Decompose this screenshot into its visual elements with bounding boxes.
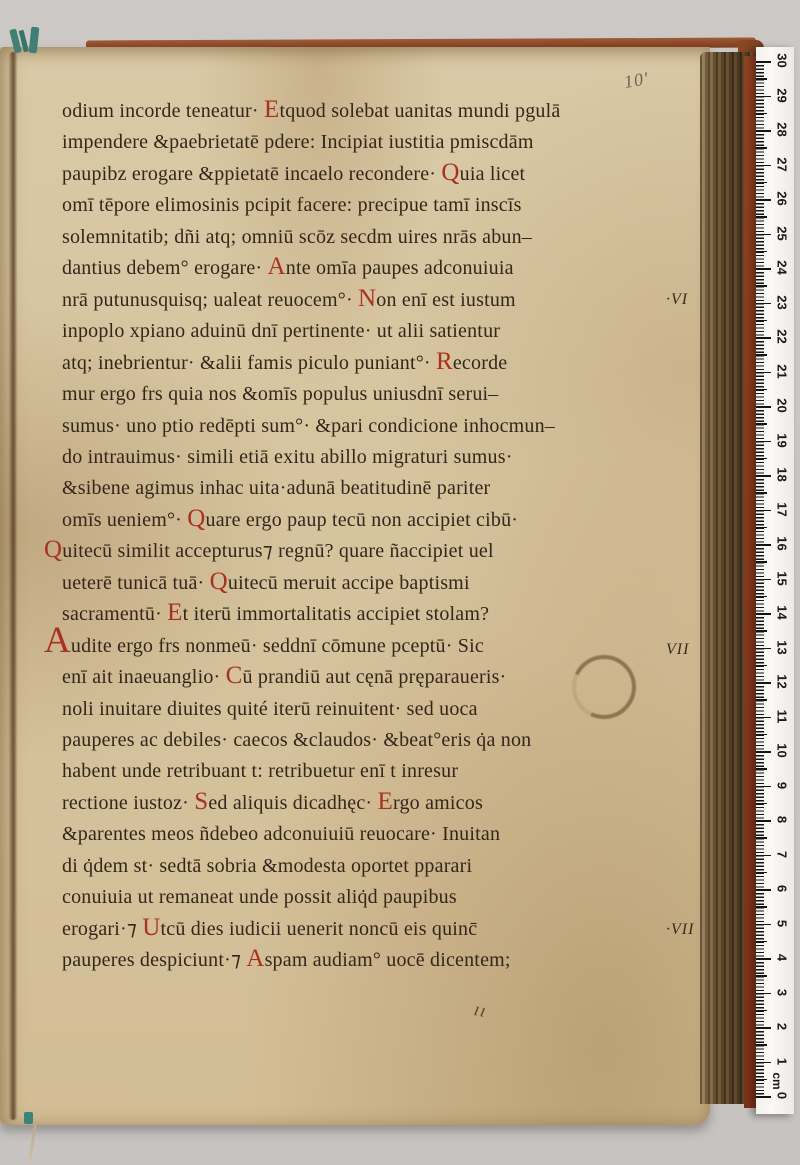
ruler-number: 11 — [775, 705, 790, 727]
rubric-initial: E — [378, 788, 393, 815]
margin-note: VII — [666, 641, 726, 659]
ruler-number: 16 — [775, 533, 790, 555]
ruler-half-cm-tick — [756, 458, 767, 459]
text-segment: uitecū meruit accipe baptismi — [228, 572, 470, 594]
text-segment: nte omīa paupes adconuiuia — [286, 257, 514, 279]
rubric-initial: R — [436, 348, 453, 375]
text-line: atq; inebrientur· &alii famis piculo pun… — [62, 348, 507, 378]
rubric-initial: A — [268, 253, 286, 280]
hanging-thread — [28, 1122, 38, 1164]
text-line: Quitecū similit accepturus⁊ regnū? quare… — [44, 536, 494, 566]
ruler-half-cm-tick — [756, 906, 767, 907]
text-segment: udite ergo frs nonmeū· seddnī cōmune pce… — [71, 635, 484, 657]
ruler-cm-tick — [756, 337, 771, 339]
ruler-number: 5 — [775, 912, 790, 934]
ruler-half-cm-tick — [756, 768, 767, 769]
text-segment: on enī est iustum — [376, 289, 516, 311]
ruler-number: 6 — [775, 878, 790, 900]
text-line: odium incorde teneatur· Etquod solebat u… — [62, 96, 560, 126]
ruler-cm-tick — [756, 1062, 771, 1064]
ruler-number: 20 — [775, 395, 790, 417]
text-segment: uare ergo paup tecū non accipiet cibū· — [206, 509, 519, 531]
ruler-half-cm-tick — [756, 527, 767, 528]
text-line: sumus· uno ptio redēpti sum°· &pari cond… — [62, 411, 555, 441]
ruler-number: 7 — [775, 843, 790, 865]
text-line: solemnitatib; dñi atq; omniū scōz secdm … — [62, 222, 532, 252]
ruler-cm-tick — [756, 855, 771, 857]
ruler-half-cm-tick — [756, 872, 767, 873]
ruler-half-cm-tick — [756, 734, 767, 735]
text-line: do intrauimus· simili etiā exitu abillo … — [62, 442, 513, 472]
ruler-half-cm-tick — [756, 630, 767, 631]
text-segment: inpoplo xpiano aduinū dnī pertinente· ut… — [62, 320, 500, 342]
text-segment: pauperes despiciunt·⁊ — [62, 949, 246, 971]
text-segment: rectione iustoz· — [62, 792, 194, 814]
text-line: pauperes despiciunt·⁊ Aspam audiam° uocē… — [62, 945, 511, 975]
ruler-cm-tick — [756, 199, 771, 201]
text-segment: solemnitatib; dñi atq; omniū scōz secdm … — [62, 226, 532, 248]
ruler-half-cm-tick — [756, 389, 767, 390]
ruler-number: 28 — [775, 119, 790, 141]
text-segment: t iterū immortalitatis accipiet stolam? — [183, 603, 490, 625]
text-line: noli inuitare diuites quité iterū reinui… — [62, 694, 478, 724]
text-line: sacramentū· Et iterū immortalitatis acci… — [62, 599, 489, 629]
rubric-initial: E — [167, 599, 182, 626]
ruler-number: 4 — [775, 947, 790, 969]
ruler-cm-tick — [756, 268, 771, 270]
text-segment: habent unde retribuant t: retribuetur en… — [62, 760, 458, 782]
ruler-cm-tick — [756, 61, 771, 63]
ruler-cm-tick — [756, 234, 771, 236]
text-segment: ed aliquis dicadhęc· — [208, 792, 377, 814]
ruler-number: 19 — [775, 429, 790, 451]
rubric-initial: S — [194, 788, 208, 815]
text-segment: nrā putunusquisq; ualeat reuocem°· — [62, 289, 358, 311]
ruler-half-cm-tick — [756, 665, 767, 666]
ruler-cm-tick — [756, 924, 771, 926]
text-segment: atq; inebrientur· &alii famis piculo pun… — [62, 352, 436, 374]
margin-note: ·VI — [666, 291, 726, 309]
text-line: mur ergo frs quia nos &omīs populus uniu… — [62, 379, 498, 409]
text-segment: pauperes ac debiles· caecos &claudos· &b… — [62, 729, 531, 751]
text-segment: spam audiam° uocē dicentem; — [265, 949, 511, 971]
ruler-number: 18 — [775, 464, 790, 486]
text-line: di q̇dem st· sedtā sobria &modesta oport… — [62, 851, 472, 881]
rubric-initial: A — [246, 945, 264, 972]
text-line: impendere &paebrietatē pdere: Incipiat i… — [62, 127, 534, 157]
ruler-half-cm-tick — [756, 1010, 767, 1011]
text-line: conuiuia ut remaneat unde possit aliq̇d … — [62, 882, 457, 912]
ruler-cm-tick — [756, 510, 771, 512]
ruler-cm-tick — [756, 958, 771, 960]
ruler-half-cm-tick — [756, 251, 767, 252]
ruler-cm-tick — [756, 1027, 771, 1029]
ruler-number: 30 — [775, 50, 790, 72]
text-segment: enī ait inaeuanglio· — [62, 666, 226, 688]
ruler-number: 3 — [775, 981, 790, 1003]
ruler-cm-tick — [756, 544, 771, 546]
ruler: 0123456789101112131415161718192021222324… — [756, 47, 794, 1114]
text-segment: paupibz erogare &ppietatē incaelo recond… — [62, 163, 441, 185]
rubric-initial: Q — [187, 505, 205, 532]
ruler-number: 26 — [775, 188, 790, 210]
ruler-half-cm-tick — [756, 113, 767, 114]
text-line: omī tēpore elimosinis pcipit facere: pre… — [62, 190, 522, 220]
ruler-cm-tick — [756, 130, 771, 132]
text-segment: &sibene agimus inhac uita·adunā beatitud… — [62, 477, 490, 499]
text-segment: rgo amicos — [393, 792, 483, 814]
text-segment: uia licet — [460, 163, 526, 185]
gutter-shadow — [9, 52, 17, 1120]
text-line: omīs ueniem°· Quare ergo paup tecū non a… — [62, 505, 518, 535]
rubric-initial: Q — [441, 159, 459, 186]
ruler-cm-tick — [756, 96, 771, 98]
ruler-cm-tick — [756, 579, 771, 581]
text-segment: conuiuia ut remaneat unde possit aliq̇d … — [62, 886, 457, 908]
ruler-number: 15 — [775, 567, 790, 589]
ruler-number: 25 — [775, 222, 790, 244]
ruler-cm-tick — [756, 372, 771, 374]
margin-note: ·VII — [666, 921, 726, 939]
ruler-number: 22 — [775, 326, 790, 348]
ruler-half-cm-tick — [756, 837, 767, 838]
text-segment: noli inuitare diuites quité iterū reinui… — [62, 698, 478, 720]
ruler-half-cm-tick — [756, 147, 767, 148]
ruler-cm-tick — [756, 613, 771, 615]
ruler-number: 8 — [775, 809, 790, 831]
ruler-number: 27 — [775, 153, 790, 175]
text-segment: impendere &paebrietatē pdere: Incipiat i… — [62, 131, 534, 153]
text-line: rectione iustoz· Sed aliquis dicadhęc· E… — [62, 788, 483, 818]
ruler-half-cm-tick — [756, 975, 767, 976]
ruler-half-cm-tick — [756, 182, 767, 183]
ruler-cm-tick — [756, 820, 771, 822]
folio-number: 10ʹ — [622, 68, 650, 93]
ruler-cm-tick — [756, 1096, 771, 1098]
ruler-number: 9 — [775, 774, 790, 796]
ruler-half-cm-tick — [756, 1079, 767, 1080]
text-segment: ū prandiū aut cęnā pręparaueris· — [242, 666, 506, 688]
text-segment: do intrauimus· simili etiā exitu abillo … — [62, 446, 513, 468]
text-segment: mur ergo frs quia nos &omīs populus uniu… — [62, 383, 498, 405]
text-line: enī ait inaeuanglio· Cū prandiū aut cęnā… — [62, 662, 507, 692]
ruler-number: 14 — [775, 602, 790, 624]
ruler-cm-tick — [756, 303, 771, 305]
manuscript-photo: 10ʹ odium incorde teneatur· Etquod soleb… — [0, 0, 800, 1165]
ruler-number: 12 — [775, 671, 790, 693]
rubric-initial: N — [358, 285, 376, 312]
ruler-half-cm-tick — [756, 561, 767, 562]
text-segment: sacramentū· — [62, 603, 167, 625]
text-segment: &parentes meos ñdebeo adconuiuiū reuocar… — [62, 823, 500, 845]
ruler-half-cm-tick — [756, 941, 767, 942]
text-line: inpoplo xpiano aduinū dnī pertinente· ut… — [62, 316, 500, 346]
text-line: pauperes ac debiles· caecos &claudos· &b… — [62, 725, 531, 755]
ruler-cm-tick — [756, 648, 771, 650]
ruler-cm-tick — [756, 993, 771, 995]
ruler-half-cm-tick — [756, 78, 767, 79]
text-line: paupibz erogare &ppietatē incaelo recond… — [62, 159, 525, 189]
text-segment: dantius debem° erogare· — [62, 257, 268, 279]
text-line: &parentes meos ñdebeo adconuiuiū reuocar… — [62, 819, 500, 849]
ruler-number: 21 — [775, 360, 790, 382]
text-line: Audite ergo frs nonmeū· seddnī cōmune pc… — [44, 631, 484, 661]
ruler-cm-tick — [756, 441, 771, 443]
ruler-cm-tick — [756, 475, 771, 477]
text-line: erogari·⁊ Utcū dies iudicii uenerit nonc… — [62, 914, 477, 944]
ruler-cm-tick — [756, 406, 771, 408]
ruler-cm-tick — [756, 165, 771, 167]
bookmark-thread-icon — [24, 1112, 33, 1124]
text-line: dantius debem° erogare· Ante omīa paupes… — [62, 253, 514, 283]
ruler-number: 10 — [775, 740, 790, 762]
ruler-cm-tick — [756, 717, 771, 719]
text-segment: odium incorde teneatur· — [62, 100, 264, 122]
text-segment: omī tēpore elimosinis pcipit facere: pre… — [62, 194, 522, 216]
ruler-number: 24 — [775, 257, 790, 279]
ruler-half-cm-tick — [756, 803, 767, 804]
text-segment: ueterē tunicā tuā· — [62, 572, 210, 594]
ruler-number: 2 — [775, 1016, 790, 1038]
text-segment: sumus· uno ptio redēpti sum°· &pari cond… — [62, 415, 555, 437]
rubric-initial: Q — [210, 568, 228, 595]
rubric-initial: U — [142, 914, 160, 941]
text-line: ueterē tunicā tuā· Quitecū meruit accipe… — [62, 568, 470, 598]
ruler-number: 13 — [775, 636, 790, 658]
ruler-cm-tick — [756, 889, 771, 891]
text-line: &sibene agimus inhac uita·adunā beatitud… — [62, 473, 490, 503]
ruler-half-cm-tick — [756, 596, 767, 597]
text-line: habent unde retribuant t: retribuetur en… — [62, 756, 458, 786]
text-segment: ecorde — [453, 352, 508, 374]
ruler-number: 17 — [775, 498, 790, 520]
rubric-initial: E — [264, 96, 279, 123]
ruler-number: 23 — [775, 291, 790, 313]
ruler-half-cm-tick — [756, 320, 767, 321]
ruler-half-cm-tick — [756, 285, 767, 286]
rubric-initial: Q — [44, 536, 62, 563]
ruler-cm-tick — [756, 682, 771, 684]
ruler-half-cm-tick — [756, 354, 767, 355]
ruler-number: 29 — [775, 84, 790, 106]
ruler-half-cm-tick — [756, 492, 767, 493]
ruler-cm-tick — [756, 751, 771, 753]
text-segment: erogari·⁊ — [62, 918, 142, 940]
text-line: nrā putunusquisq; ualeat reuocem°· Non e… — [62, 285, 516, 315]
text-segment: di q̇dem st· sedtā sobria &modesta oport… — [62, 855, 472, 877]
text-segment: tquod solebat uanitas mundi pgulā — [279, 100, 560, 122]
ruler-cm-tick — [756, 786, 771, 788]
text-segment: tcū dies iudicii uenerit noncū eis quinc… — [161, 918, 478, 940]
ruler-half-cm-tick — [756, 423, 767, 424]
text-segment: uitecū similit accepturus⁊ regnū? quare … — [62, 540, 493, 562]
ruler-unit-label: cm — [770, 1069, 784, 1093]
text-segment: omīs ueniem°· — [62, 509, 187, 531]
rubric-initial: A — [44, 620, 71, 661]
ruler-half-cm-tick — [756, 699, 767, 700]
rubric-initial: C — [226, 662, 243, 689]
ruler-half-cm-tick — [756, 216, 767, 217]
ruler-half-cm-tick — [756, 1044, 767, 1045]
